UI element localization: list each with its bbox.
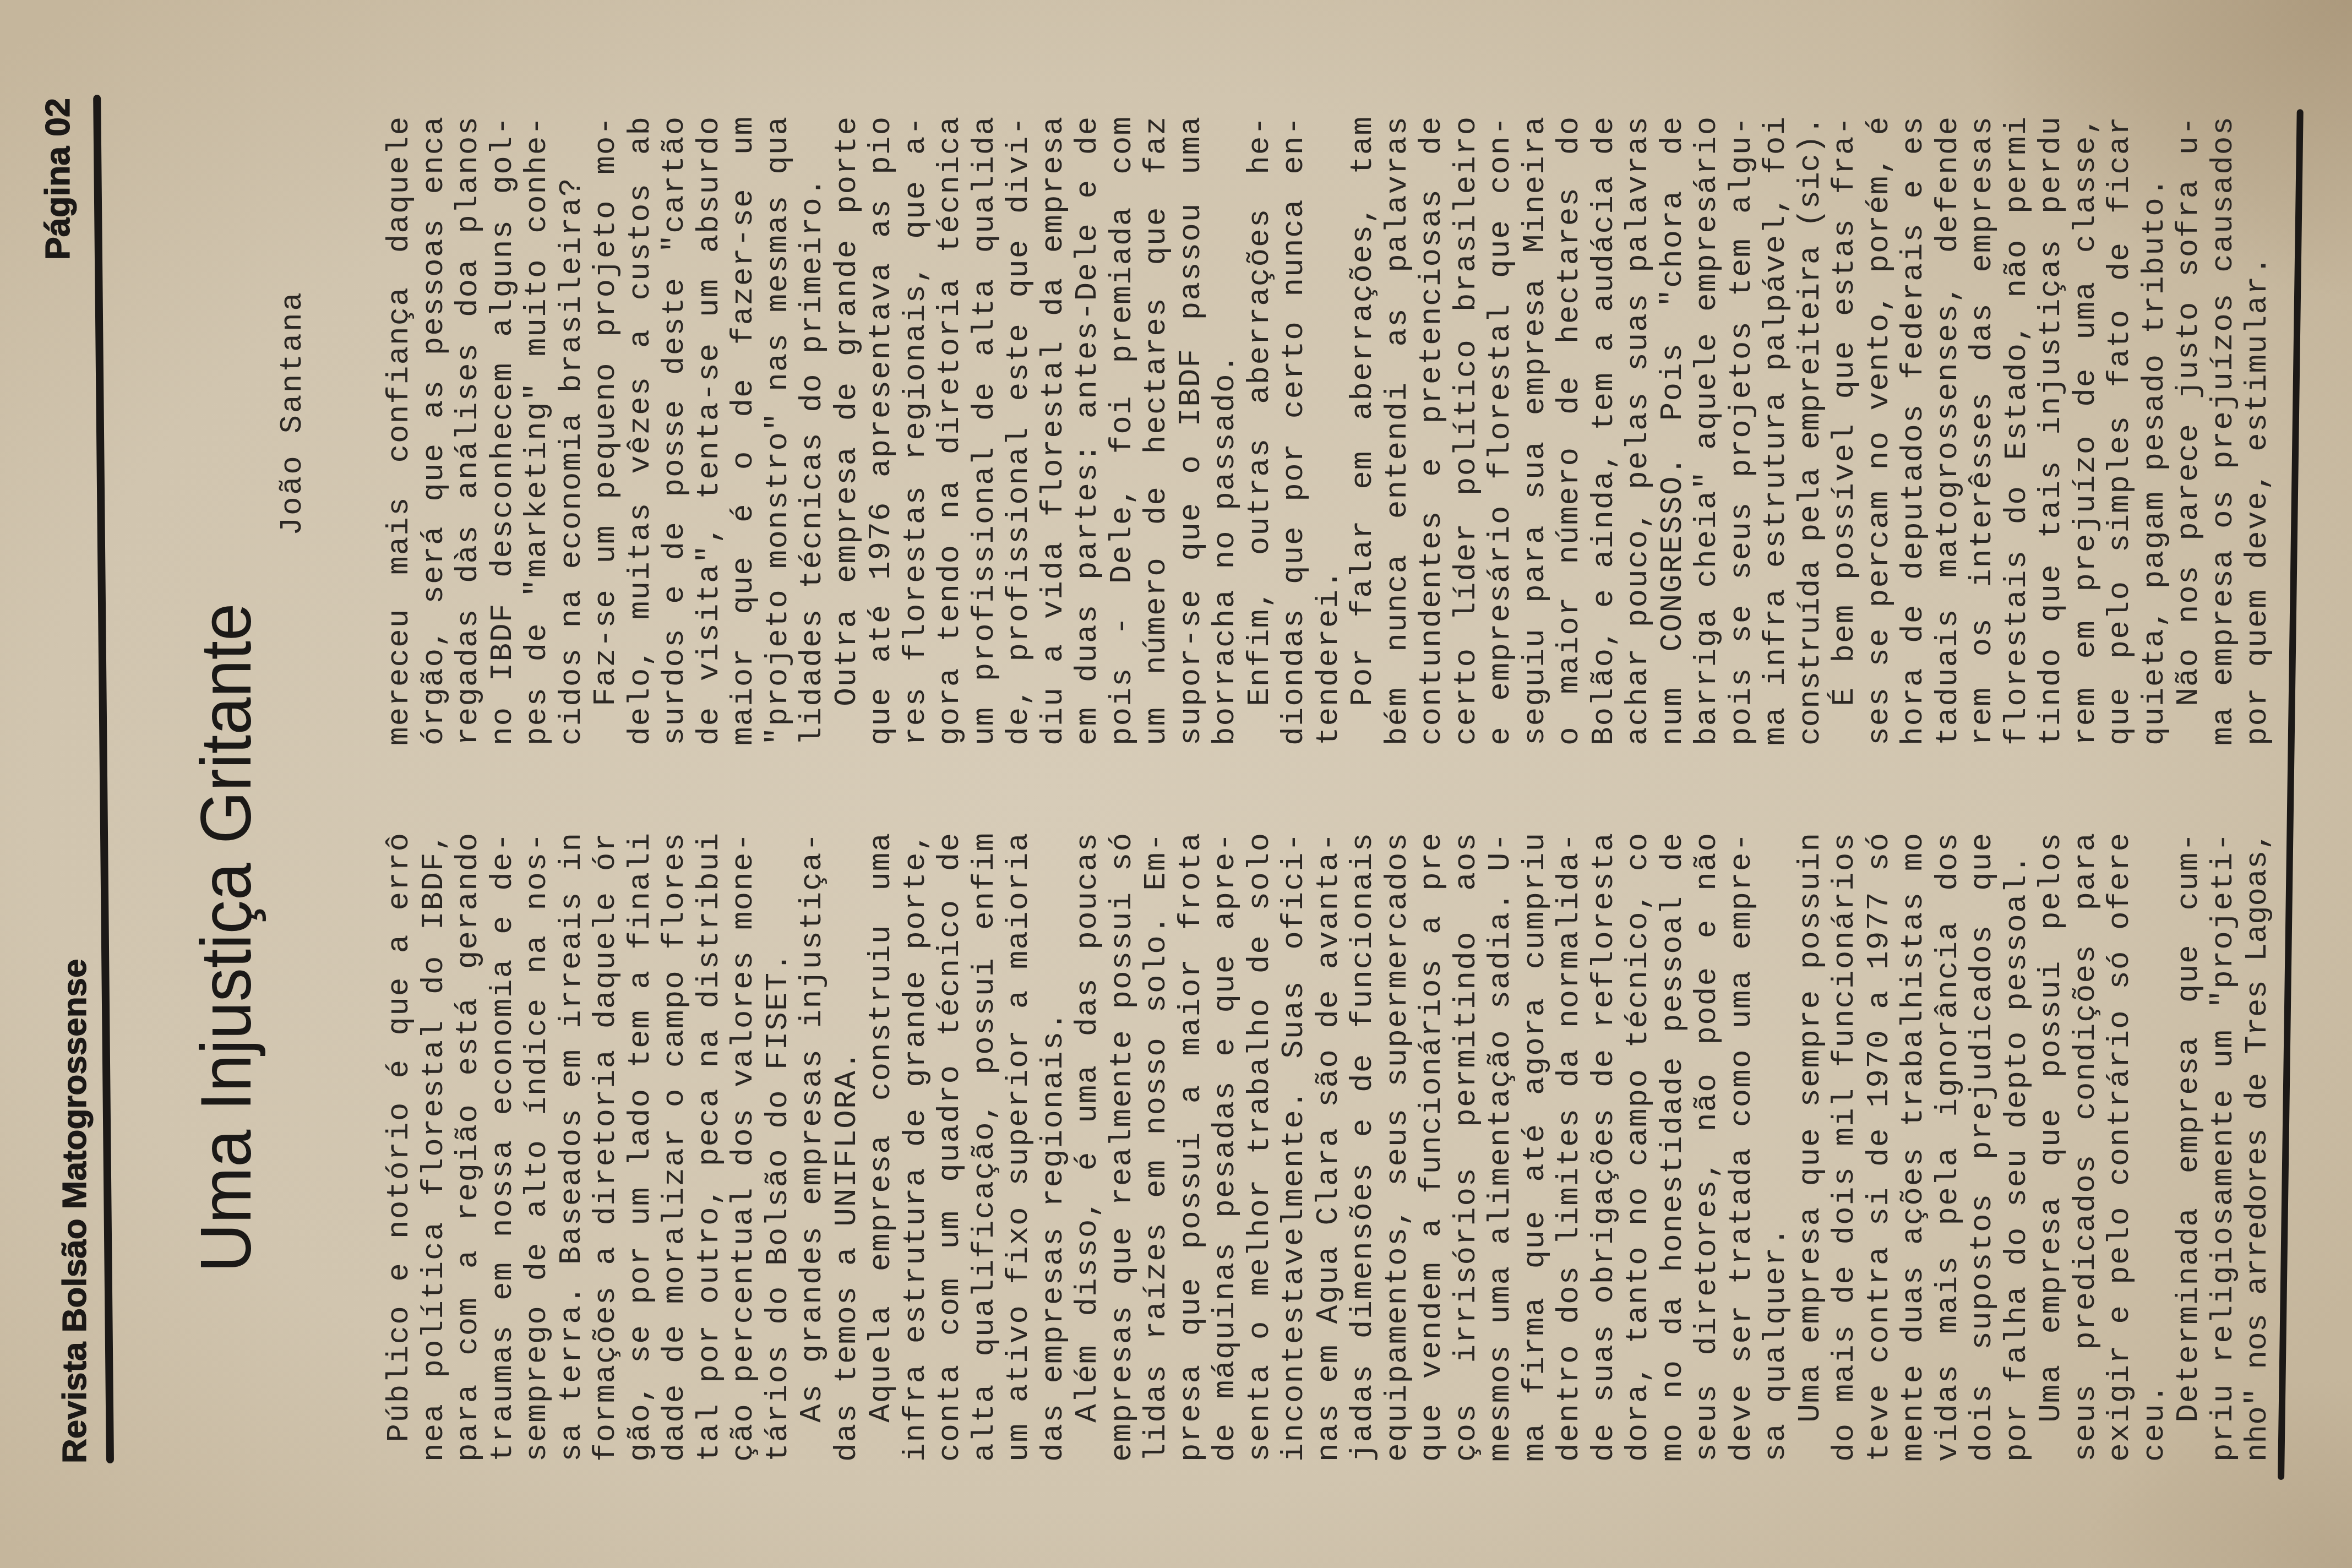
text-line: empresas que realmente possui só [1105, 832, 1140, 1462]
text-line: nho" nos arredores de Tres Lagoas, [2240, 832, 2275, 1462]
text-line: ços irrisórios permitindo aos [1449, 832, 1484, 1462]
text-line: contundentes e pretenciosas de [1414, 116, 1449, 745]
text-line: um profissional de alta qualida [967, 116, 1002, 745]
text-line: tal por outro, peca na distribui [692, 832, 727, 1462]
text-line: Por falar em aberrações, tam [1346, 116, 1380, 745]
text-line: cidos na economia brasileira? [554, 116, 589, 745]
text-line: priu religiosamente um "projeti- [2206, 832, 2241, 1462]
text-line: regadas dàs análises doa planos [451, 116, 486, 745]
text-line: que até 1976 apresentava as pio [864, 116, 899, 745]
text-line: jadas dimensões e de funcionais [1346, 832, 1380, 1462]
text-line: de, profissional este que divi- [1001, 116, 1036, 745]
text-line: equipamentos, seus supermercados [1380, 832, 1415, 1462]
text-line: por falha do seu depto pessoal. [2000, 832, 2034, 1462]
text-line: ceu. [2137, 832, 2172, 1462]
text-line: quieta, pagam pesado tributo. [2137, 116, 2172, 745]
text-line: das temos a UNIFLORA. [830, 832, 864, 1462]
text-line: delo, muitas vêzes a custos ab [623, 116, 658, 745]
text-line: que pelo simples fato de ficar [2103, 116, 2137, 745]
text-line: barriga cheia" aquele empresário [1690, 116, 1724, 745]
text-line: ção percentual dos valores mone- [726, 832, 761, 1462]
page-number: Página 02 [41, 98, 75, 260]
text-line: bém nunca entendi as palavras [1380, 116, 1415, 745]
text-line: pois - Dele, foi premiada com [1105, 116, 1140, 745]
text-line: sa terra. Baseados em irreais in [554, 832, 589, 1462]
text-line: o maior número de hectares do [1552, 116, 1587, 745]
text-line: Faz-se um pequeno projeto mo- [589, 116, 623, 745]
text-line: mesmos uma alimentação sadia. U- [1483, 832, 1518, 1462]
text-line: no IBDF desconhecem alguns gol- [486, 116, 520, 745]
text-line: incontestavelmente. Suas ofici- [1277, 832, 1311, 1462]
text-line: infra estrutura de grande porte, [899, 832, 933, 1462]
text-line: semprego de alto índice na nos- [520, 832, 554, 1462]
text-line: Uma empresa que sempre possuin [1793, 832, 1828, 1462]
text-line: rem em prejuízo de uma classe, [2068, 116, 2103, 745]
text-line: tenderei. [1311, 116, 1346, 745]
footer-rule-divider [2278, 109, 2304, 1480]
author-byline: João Santana [275, 291, 310, 536]
text-line: mereceu mais confiança daquele [382, 116, 417, 745]
text-line: um número de hectares que faz [1139, 116, 1174, 745]
text-line: para com a região está gerando [451, 832, 486, 1462]
text-line: maior que é o de fazer-se um [726, 116, 761, 745]
text-line: tindo que tais injustiças perdu [2034, 116, 2068, 745]
text-line: ma empresa os prejuízos causados [2206, 116, 2241, 745]
text-line: supor-se que o IBDF passou uma [1174, 116, 1208, 745]
text-line: Determinada empresa que cum- [2171, 832, 2206, 1462]
text-line: diondas que por certo nunca en- [1277, 116, 1311, 745]
text-line: "projeto monstro" nas mesmas qua [761, 116, 796, 745]
text-line: nea política florestal do IBDF, [417, 832, 451, 1462]
text-line: vidas mais pela ignorância dos [1931, 832, 1966, 1462]
text-line: lidas raízes em nosso solo. Em- [1139, 832, 1174, 1462]
text-line: mo no da honestidade pessoal de [1656, 832, 1690, 1462]
text-line: hora de deputados federais e es [1896, 116, 1931, 745]
text-line: pois se seus projetos tem algu- [1724, 116, 1759, 745]
text-line: ma firma que até agora cumpriu [1518, 832, 1553, 1462]
text-line: seus predicados condições para [2068, 832, 2103, 1462]
header-rule-divider [93, 95, 114, 1463]
text-line: conta com um quadro técnico de [933, 832, 967, 1462]
text-line: teve contra si de 1970 a 1977 só [1862, 832, 1897, 1462]
text-line: e empresário florestal que con- [1483, 116, 1518, 745]
text-line: seguiu para sua empresa Mineira [1518, 116, 1553, 745]
text-line: dade de moralizar o campo flores [657, 832, 692, 1462]
text-line: tários do Bolsão do FISET. [761, 832, 796, 1462]
text-line: Além disso, é uma das poucas [1070, 832, 1105, 1462]
text-line: É bem possível que estas fra- [1827, 116, 1862, 745]
text-line: formações a diretoria daquele ór [589, 832, 623, 1462]
text-line: deve ser tratada como uma empre- [1724, 832, 1759, 1462]
text-line: presa que possui a maior frota [1174, 832, 1208, 1462]
text-line: Público e notório é que a errô [382, 832, 417, 1462]
text-line: surdos e de posse deste "cartão [657, 116, 692, 745]
text-line: um ativo fixo superior a maioria [1001, 832, 1036, 1462]
text-line: gão, se por um lado tem a finali [623, 832, 658, 1462]
text-line: sa qualquer. [1758, 832, 1793, 1462]
text-line: achar pouco, pelas suas palavras [1621, 116, 1656, 745]
article-column-1: Público e notório é que a errônea políti… [382, 832, 2275, 1462]
text-line: dentro dos limites da normalida- [1552, 832, 1587, 1462]
text-line: num CONGRESSO. Pois "chora de [1656, 116, 1690, 745]
text-line: traumas em nossa economia e de- [486, 832, 520, 1462]
text-line: diu a vida florestal da empresa [1036, 116, 1071, 745]
text-line: dora, tanto no campo técnico, co [1621, 832, 1656, 1462]
text-line: certo líder político brasileiro [1449, 116, 1484, 745]
text-line: pes de "marketing" muito conhe- [520, 116, 554, 745]
text-line: Bolão, e ainda, tem a audácia de [1587, 116, 1621, 745]
text-line: gora tendo na diretoria técnica [933, 116, 967, 745]
text-line: Outra empresa de grande porte [830, 116, 864, 745]
text-line: Enfim, outras aberrações he- [1243, 116, 1277, 745]
magazine-page: Revista Bolsão Matogrossense Página 02 U… [0, 0, 2352, 1568]
text-line: res florestas regionais, que a- [899, 116, 933, 745]
text-line: borracha no passado. [1208, 116, 1243, 745]
text-line: Uma empresa que possui pelos [2034, 832, 2068, 1462]
text-line: por quem deve, estimular. [2240, 116, 2275, 745]
text-line: de visita", tenta-se um absurdo [692, 116, 727, 745]
text-line: seus diretores, não pode e não [1690, 832, 1724, 1462]
text-line: construída pela empreiteira (sic). [1793, 116, 1828, 745]
text-line: nas em Agua Clara são de avanta- [1311, 832, 1346, 1462]
text-line: As grandes empresas injustiça- [795, 832, 830, 1462]
text-line: das empresas regionais. [1036, 832, 1071, 1462]
text-line: de máquinas pesadas e que apre- [1208, 832, 1243, 1462]
text-line: em duas partes: antes-Dele e de [1070, 116, 1105, 745]
text-line: alta qualificação, possui enfim [967, 832, 1002, 1462]
text-line: mente duas ações trabalhistas mo [1896, 832, 1931, 1462]
text-line: de suas obrigações de refloresta [1587, 832, 1621, 1462]
text-line: órgão, será que as pessoas enca [417, 116, 451, 745]
text-line: ma infra estrutura palpável, foi [1758, 116, 1793, 745]
text-line: senta o melhor trabalho de solo [1243, 832, 1277, 1462]
text-line: do mais de dois mil funcionários [1827, 832, 1862, 1462]
article-title: Uma Injustiça Gritante [190, 603, 262, 1272]
text-line: lidades técnicas do primeiro. [795, 116, 830, 745]
text-line: Aquela empresa construiu uma [864, 832, 899, 1462]
text-line: que vendem a funcionários a pre [1414, 832, 1449, 1462]
text-line: rem os interêsses das empresas [1965, 116, 2000, 745]
text-line: florestais do Estado, não permi [2000, 116, 2034, 745]
article-column-2: mereceu mais confiança daqueleórgão, ser… [382, 116, 2275, 745]
text-line: dois supostos prejudicados que [1965, 832, 2000, 1462]
text-line: ses se percam no vento, porém, é [1862, 116, 1897, 745]
text-line: exigir e pelo contrário só ofere [2103, 832, 2137, 1462]
text-line: taduais matogrossenses, defende [1931, 116, 1966, 745]
publication-name: Revista Bolsão Matogrossense [58, 959, 92, 1463]
text-line: Não nos parece justo sofra u- [2171, 116, 2206, 745]
